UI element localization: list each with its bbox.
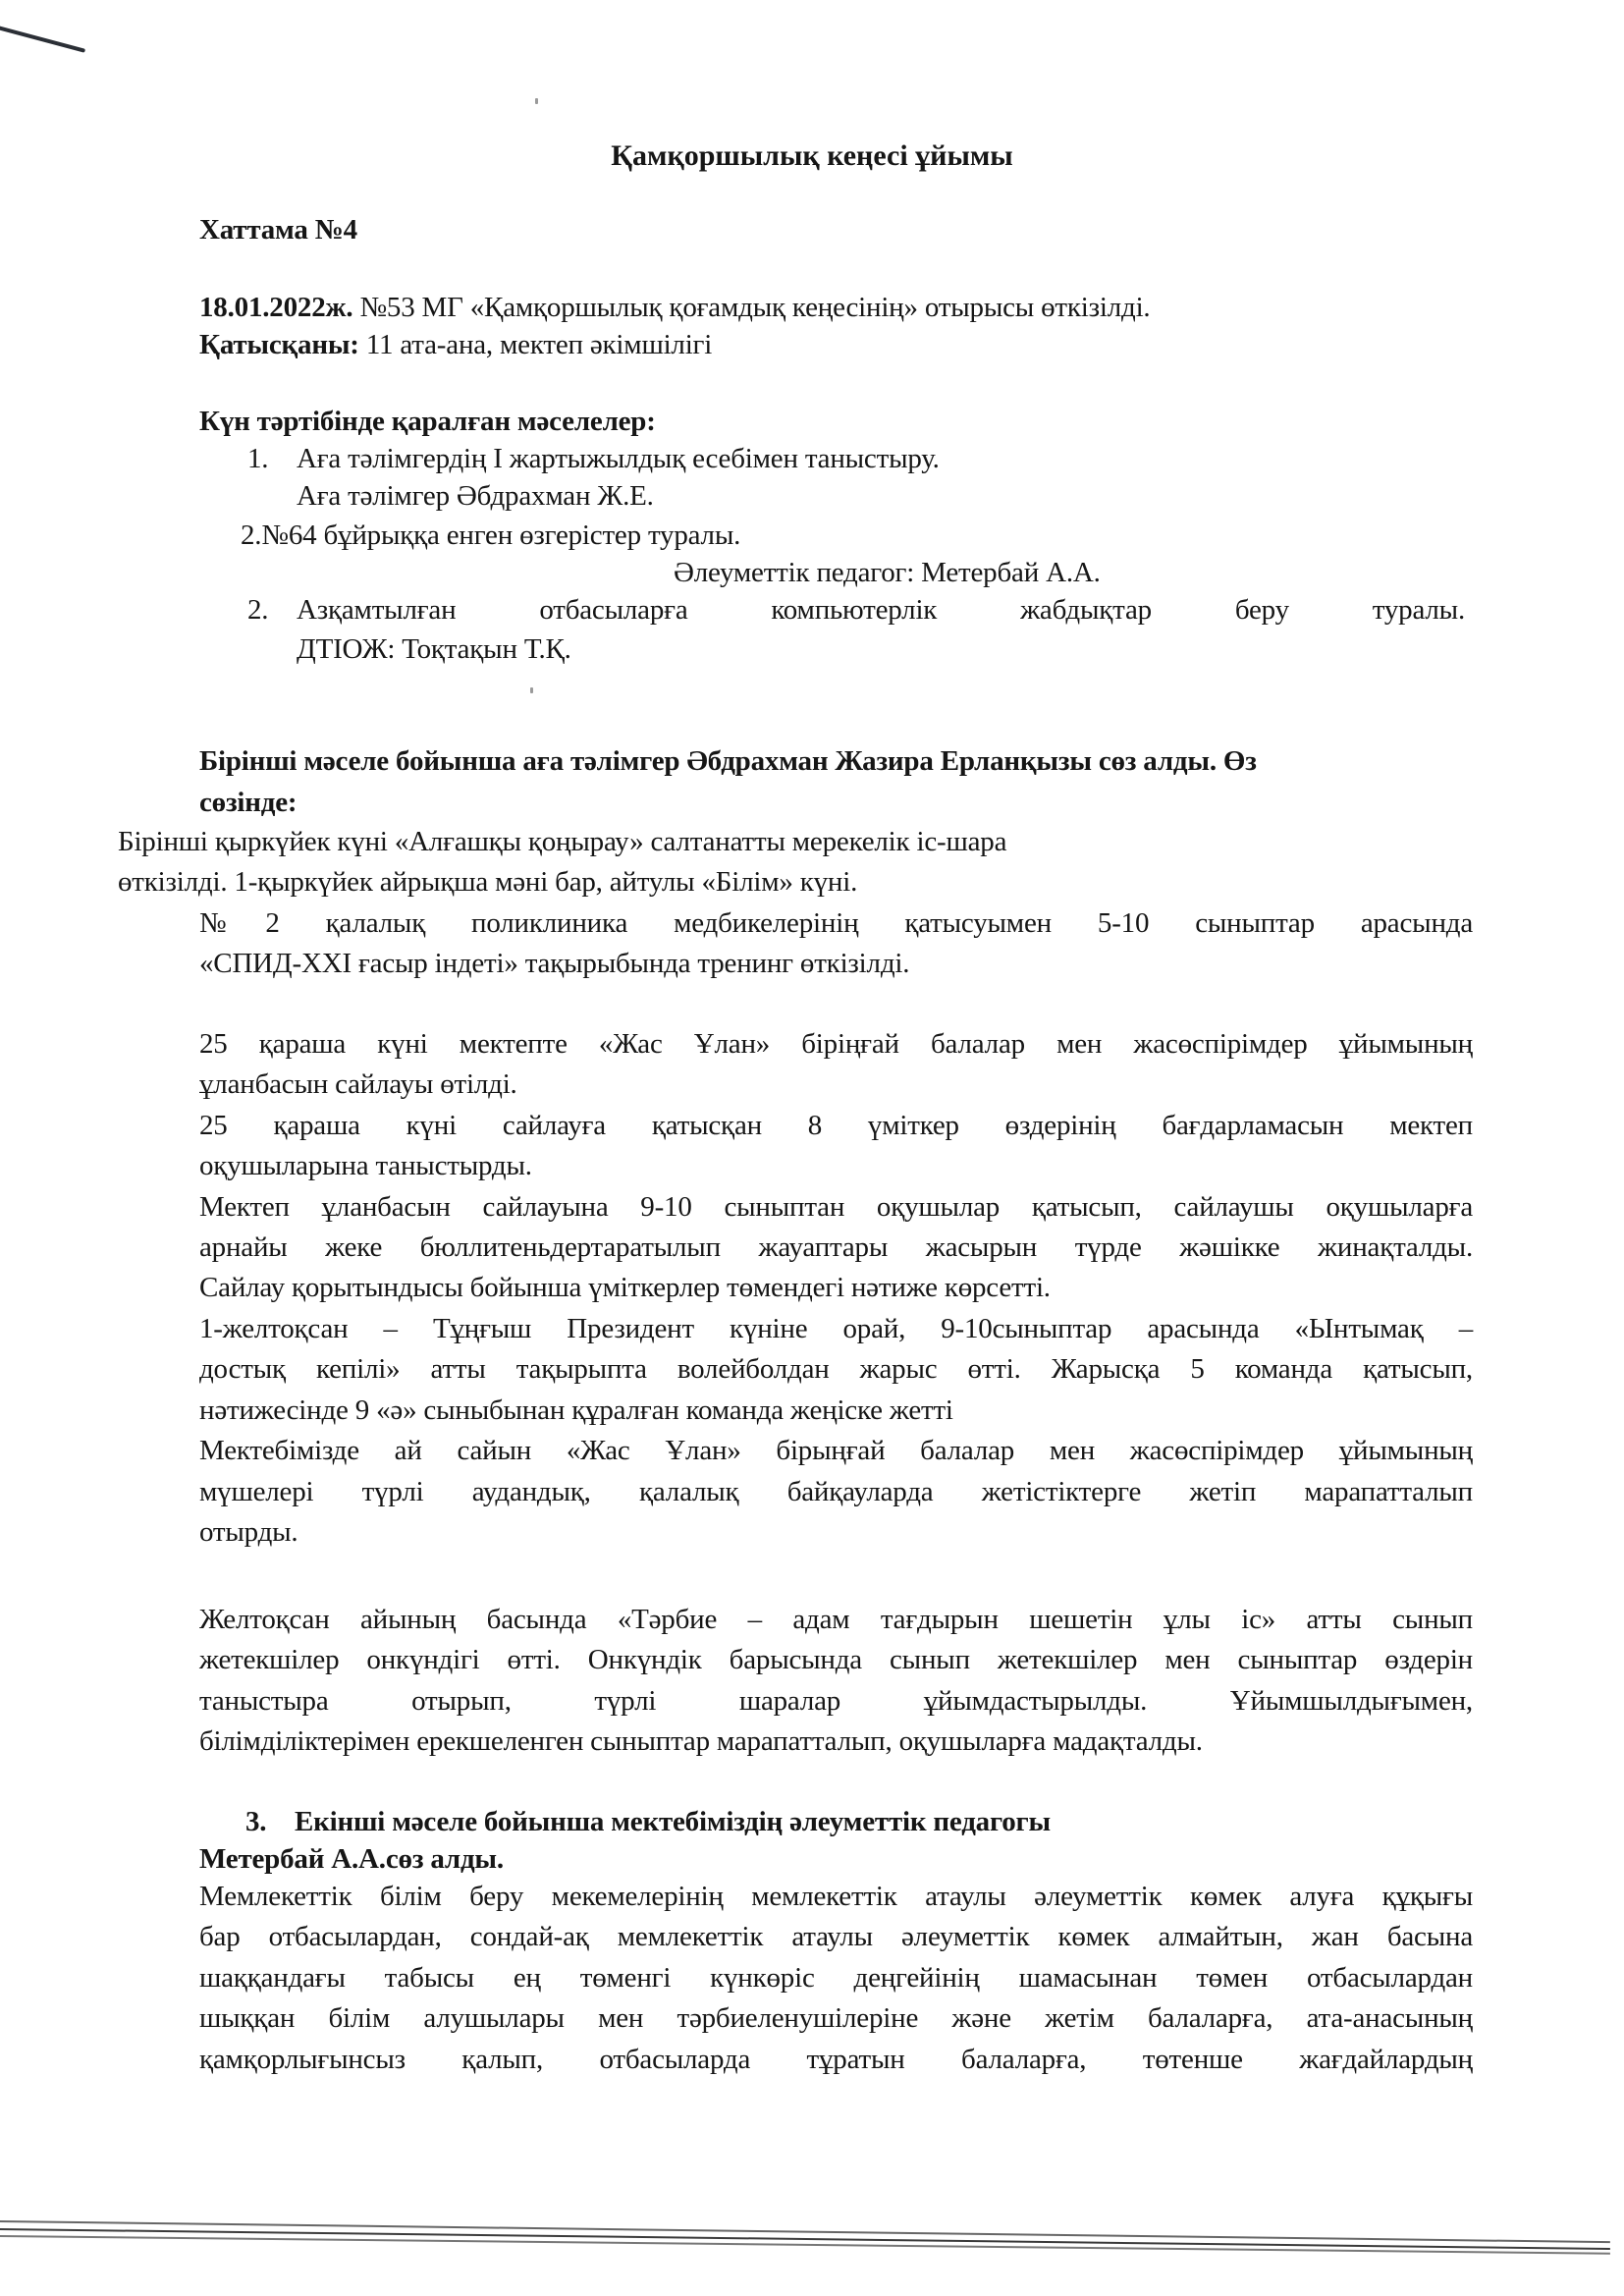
document-page: Қамқоршылық кеңесі ұйымы Хаттама №4 18.0… xyxy=(0,0,1624,2296)
meeting-info: 18.01.2022ж. №53 МГ «Қамқоршылық қоғамды… xyxy=(199,289,1150,326)
paragraph-line: бар отбасылардан, сондай-ақ мемлекеттік … xyxy=(199,1918,1473,1955)
agenda-item-2: 2.№64 бұйрыққа енген өзгерістер туралы. xyxy=(241,517,740,554)
agenda-item-number: 2. xyxy=(241,519,261,551)
protocol-number: Хаттама №4 xyxy=(199,211,357,248)
section2-heading-cont: Метербай А.А.сөз алды. xyxy=(199,1840,504,1878)
paragraph-line: Сайлау қорытындысы бойынша үміткерлер тө… xyxy=(199,1269,1051,1306)
agenda-item-text: Азқамтылған отбасыларға компьютерлік жаб… xyxy=(297,591,1465,629)
section1-heading: Бірінші мәселе бойынша аға тәлімгер Әбдр… xyxy=(199,742,1466,780)
scan-speck xyxy=(535,98,538,104)
paragraph-line: №2 қалалық поликлиника медбикелерінің қа… xyxy=(199,904,1473,942)
word: отбасыларға xyxy=(539,591,687,629)
meeting-description: №53 МГ «Қамқоршылық қоғамдық кеңесінің» … xyxy=(352,292,1150,323)
paragraph-line: Бірінші қыркүйек күні «Алғашқы қоңырау» … xyxy=(118,823,1006,860)
agenda-item-text: Аға тәлімгердің І жартыжылдық есебімен т… xyxy=(297,440,940,477)
paragraph-line: білімділіктерімен ерекшеленген сыныптар … xyxy=(199,1722,1203,1760)
scan-speck xyxy=(530,687,533,693)
word: компьютерлік xyxy=(771,591,937,629)
paragraph-line: 25 қараша күні мектепте «Жас Ұлан» бірің… xyxy=(199,1025,1473,1063)
section2-number: 3. xyxy=(245,1803,266,1840)
section2-heading: Екінші мәселе бойынша мектебіміздің әлеу… xyxy=(295,1803,1051,1840)
paragraph-line: қамқорлығынсыз қалып, отбасыларда тұраты… xyxy=(199,2041,1473,2078)
agenda-item-number: 1. xyxy=(247,440,268,477)
paragraph-line: Мектеп ұланбасын сайлауына 9-10 сыныптан… xyxy=(199,1188,1473,1226)
document-title: Қамқоршылық кеңесі ұйымы xyxy=(0,137,1624,175)
paragraph-line: шаққандағы табысы ең төменгі күнкөріс де… xyxy=(199,1959,1473,1996)
meeting-date: 18.01.2022ж. xyxy=(199,292,352,323)
agenda-item-responsible: ДТІОЖ: Тоқтақын Т.Қ. xyxy=(297,630,571,668)
paragraph-line: арнайы жеке бюллитеньдертаратылып жауапт… xyxy=(199,1229,1473,1266)
section1-heading-cont: сөзінде: xyxy=(199,784,297,821)
word: туралы. xyxy=(1373,591,1465,629)
word: беру xyxy=(1235,591,1289,629)
paragraph-line: отырды. xyxy=(199,1513,298,1551)
paragraph-line: жетекшілер онкүндігі өтті. Онкүндік бары… xyxy=(199,1641,1473,1678)
paragraph-line: ұланбасын сайлауы өтілді. xyxy=(199,1066,517,1103)
paragraph-line: оқушыларына таныстырды. xyxy=(199,1147,532,1184)
paragraph-line: 25 қараша күні сайлауға қатысқан 8 үмітк… xyxy=(199,1107,1473,1144)
paragraph-line: Мектебімізде ай сайын «Жас Ұлан» бірыңға… xyxy=(199,1432,1473,1469)
paragraph-line: 1-желтоқсан – Тұңғыш Президент күніне ор… xyxy=(199,1310,1473,1347)
participants-value: 11 ата-ана, мектеп әкімшілігі xyxy=(359,329,712,360)
agenda-item-responsible: Аға тәлімгер Әбдрахман Ж.Е. xyxy=(297,477,654,515)
agenda-item-text: №64 бұйрыққа енген өзгерістер туралы. xyxy=(261,519,740,551)
participants: Қатысқаны: 11 ата-ана, мектеп әкімшілігі xyxy=(199,326,712,363)
participants-label: Қатысқаны: xyxy=(199,329,359,360)
paragraph-line: таныстыра отырып, түрлі шаралар ұйымдаст… xyxy=(199,1682,1473,1720)
paragraph-line: нәтижесінде 9 «ә» сыныбынан құралған ком… xyxy=(199,1392,953,1429)
agenda-item-number: 2. xyxy=(247,591,268,629)
paragraph-line: Мемлекеттік білім беру мекемелерінің мем… xyxy=(199,1878,1473,1915)
scan-artifact-stroke xyxy=(0,24,85,53)
paragraph-line: мүшелері түрлі аудандық, қалалық байқаул… xyxy=(199,1473,1473,1510)
paragraph-line: өткізілді. 1-қыркүйек айрықша мәні бар, … xyxy=(118,863,857,901)
word: жабдықтар xyxy=(1020,591,1152,629)
agenda-item-responsible: Әлеуметтік педагог: Метербай А.А. xyxy=(674,554,1101,591)
paragraph-line: Желтоқсан айының басында «Тәрбие – адам … xyxy=(199,1601,1473,1638)
agenda-heading: Күн тәртібінде қаралған мәселелер: xyxy=(199,403,656,440)
paragraph-line: «СПИД-XXI ғасыр індеті» тақырыбында трен… xyxy=(199,945,909,982)
paragraph-line: шыққан білім алушылары мен тәрбиеленушіл… xyxy=(199,1999,1473,2037)
paragraph-line: достық кепілі» атты тақырыпта волейболда… xyxy=(199,1350,1473,1388)
word: Азқамтылған xyxy=(297,591,456,629)
